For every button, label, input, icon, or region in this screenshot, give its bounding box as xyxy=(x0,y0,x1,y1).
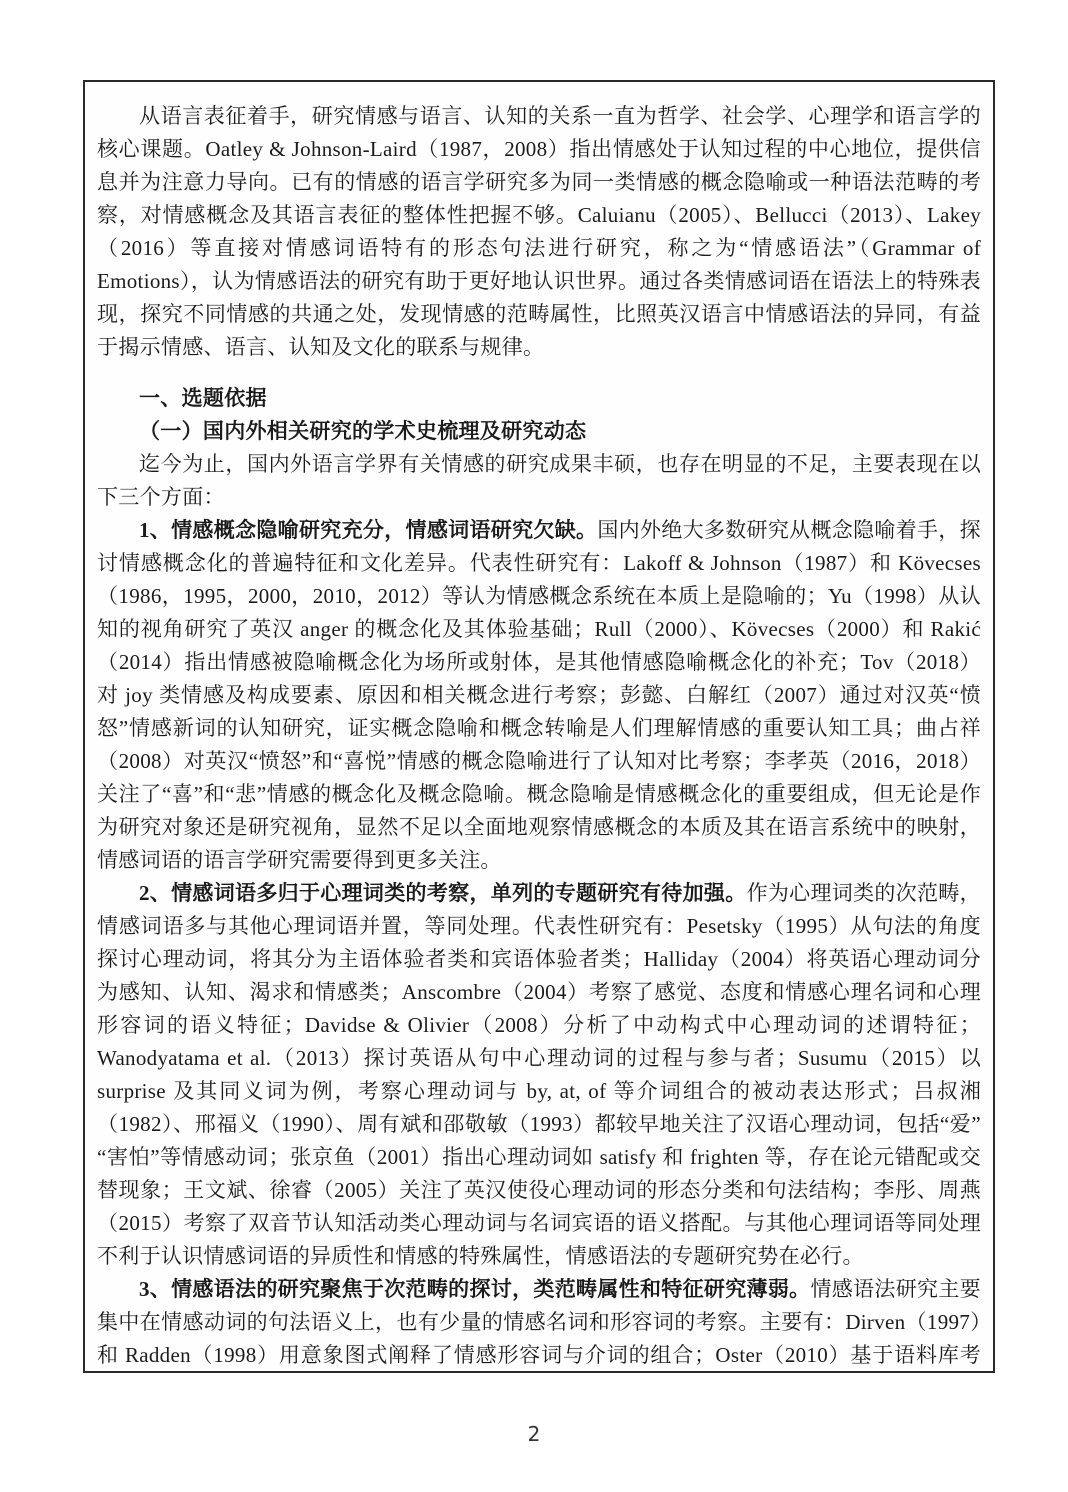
point-1-body: 国内外绝大多数研究从概念隐喻着手，探讨情感概念化的普遍特征和文化差异。代表性研究… xyxy=(97,518,981,872)
point-1-lead: 1、情感概念隐喻研究充分，情感词语研究欠缺。 xyxy=(139,518,597,542)
page-number: 2 xyxy=(0,1422,1068,1446)
point-1-paragraph: 1、情感概念隐喻研究充分，情感词语研究欠缺。国内外绝大多数研究从概念隐喻着手，探… xyxy=(97,514,981,877)
point-2-paragraph: 2、情感词语多归于心理词类的考察，单列的专题研究有待加强。作为心理词类的次范畴，… xyxy=(97,877,981,1273)
point-3-paragraph: 3、情感语法的研究聚焦于次范畴的探讨，类范畴属性和特征研究薄弱。情感语法研究主要… xyxy=(97,1273,981,1373)
point-2-lead: 2、情感词语多归于心理词类的考察，单列的专题研究有待加强。 xyxy=(139,881,747,905)
subsection-heading: （一）国内外相关研究的学术史梳理及研究动态 xyxy=(97,415,981,448)
overview-paragraph: 迄今为止，国内外语言学界有关情感的研究成果丰硕，也存在明显的不足，主要表现在以下… xyxy=(97,448,981,514)
intro-text: 从语言表征着手，研究情感与语言、认知的关系一直为哲学、社会学、心理学和语言学的核… xyxy=(97,104,981,359)
intro-paragraph: 从语言表征着手，研究情感与语言、认知的关系一直为哲学、社会学、心理学和语言学的核… xyxy=(97,100,981,364)
point-2-body: 作为心理词类的次范畴，情感词语多与其他心理词语并置，等同处理。代表性研究有：Pe… xyxy=(97,881,981,1268)
document-page: { "page": { "number": "2" }, "document":… xyxy=(0,0,1068,1492)
point-3-lead: 3、情感语法的研究聚焦于次范畴的探讨，类范畴属性和特征研究薄弱。 xyxy=(139,1277,811,1301)
content-border-box: 从语言表征着手，研究情感与语言、认知的关系一直为哲学、社会学、心理学和语言学的核… xyxy=(83,80,995,1373)
section-heading: 一、选题依据 xyxy=(97,382,981,415)
